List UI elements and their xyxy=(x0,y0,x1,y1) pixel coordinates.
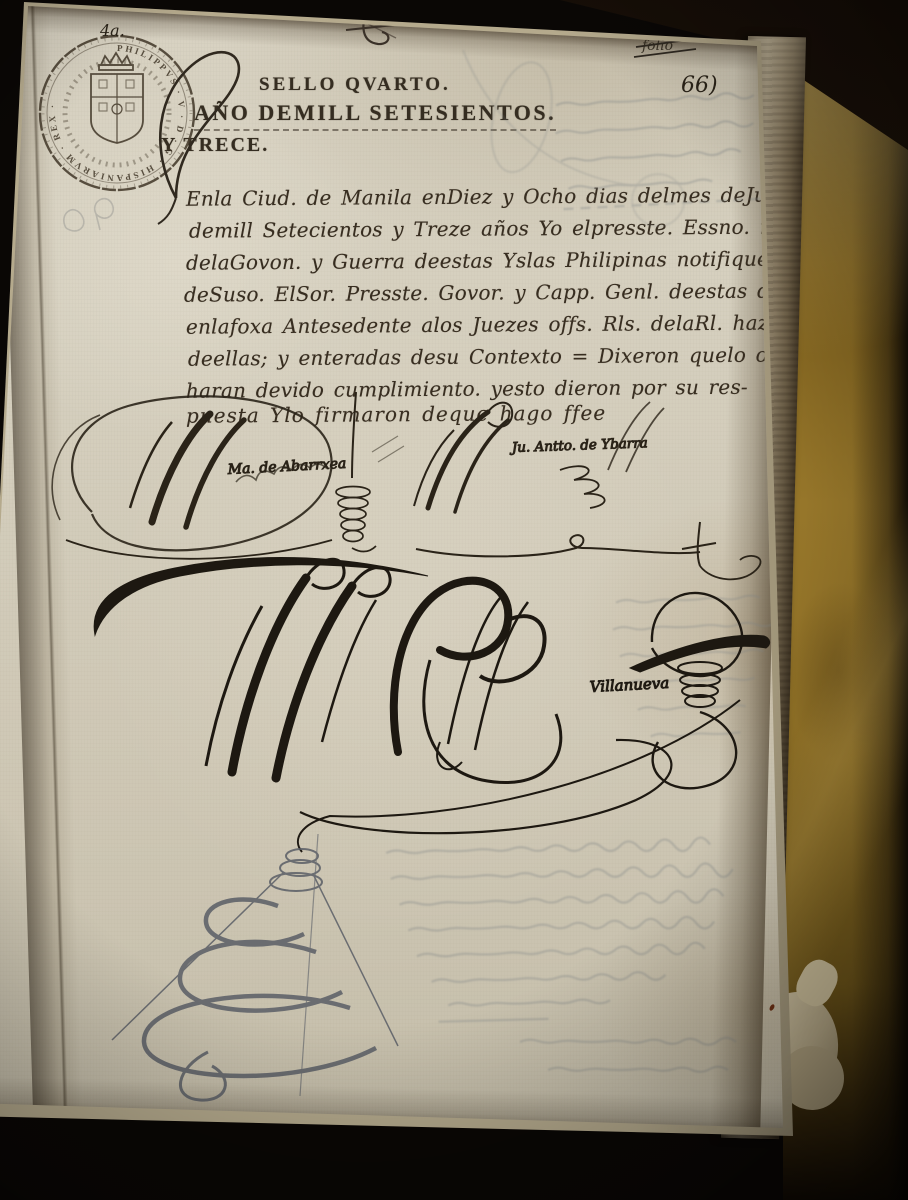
ink-bleedthrough-bottom xyxy=(520,1038,736,1072)
svg-text:Ju. Antto. de Ybarra: Ju. Antto. de Ybarra xyxy=(509,435,648,456)
pencil-ghost-mark xyxy=(64,199,113,231)
royal-seal-stamp: PHILIPPVS · V · D · G · HISPANIARVM · RE… xyxy=(40,36,194,190)
svg-text:Villanueva: Villanueva xyxy=(589,674,669,696)
signature-spiral-flourish xyxy=(112,834,398,1100)
ink-bleedthrough-lower xyxy=(386,837,737,1023)
folio-number: 66) xyxy=(681,73,718,98)
crossed-out-note: folio xyxy=(634,30,696,57)
ink-bleedthrough-upper xyxy=(463,35,764,236)
signature-rubrica-left: Ma. de Abarrxea xyxy=(52,392,404,559)
signature-rubrica-large: Villanueva xyxy=(94,558,769,852)
stamp-mark-4a: 4a. xyxy=(99,21,125,40)
manuscript-photo: SELLO QVARTO. AÑO DEMILL SETESIENTOS. Y … xyxy=(0,0,908,1200)
svg-text:Ma. de Abarrxea: Ma. de Abarrxea xyxy=(226,456,346,478)
signature-rubrica-right: Ju. Antto. de Ybarra xyxy=(414,402,761,579)
